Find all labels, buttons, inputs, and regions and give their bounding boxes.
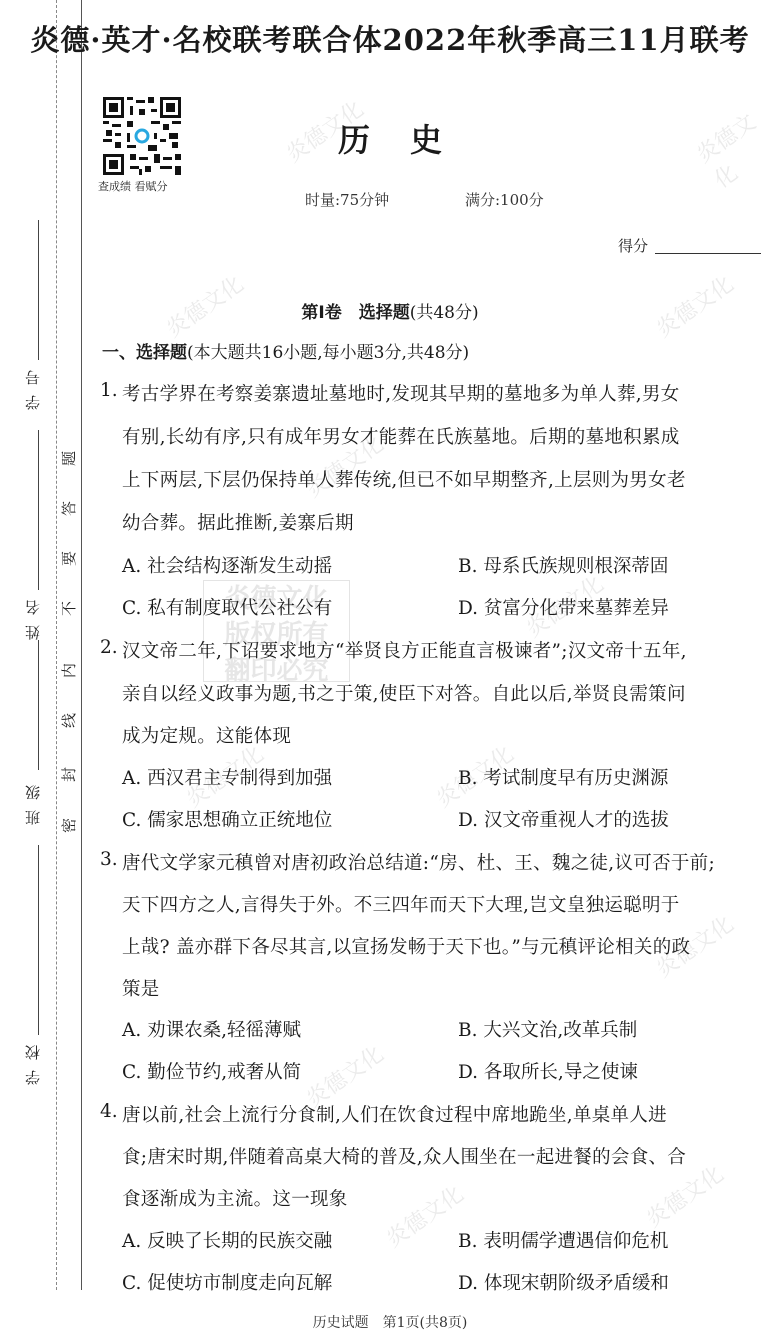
question-text-line: 唐以前,社会上流行分食制,人们在饮食过程中席地跪坐,单桌单人进 (122, 1101, 667, 1127)
option-c[interactable]: C. 促使坊市制度走向瓦解 (122, 1269, 332, 1295)
name-field-line[interactable] (38, 430, 39, 590)
option-b[interactable]: B. 考试制度早有历史渊源 (458, 764, 668, 790)
seal-char: 答 (58, 501, 79, 516)
question-text-line: 有别,长幼有序,只有成年男女才能葬在氏族墓地。后期的墓地积累成 (122, 423, 680, 449)
question-text-line: 策是 (122, 975, 160, 1001)
score-label: 得分 (618, 235, 648, 256)
question-text-line: 考古学界在考察姜寨遗址墓地时,发现其早期的墓地多为单人葬,男女 (122, 380, 680, 406)
question-text-line: 上下两层,下层仍保持单人葬传统,但已不如早期整齐,上层则为男女老 (122, 466, 686, 492)
option-c[interactable]: C. 私有制度取代公社公有 (122, 594, 332, 620)
exam-duration: 时量:75分钟 (305, 189, 389, 210)
question-number: 3. (100, 849, 118, 870)
question-text-line: 幼合葬。据此推断,姜寨后期 (122, 509, 354, 535)
seal-char: 内 (58, 663, 79, 678)
binding-dashed-line (56, 0, 57, 1290)
watermark: 炎德文化 (379, 1178, 469, 1254)
seal-char: 题 (58, 451, 79, 466)
question-text-line: 上哉? 盖亦群下各尽其言,以宣扬发畅于天下也。”与元稹评论相关的政 (122, 933, 690, 959)
qr-caption: 查成绩 看赋分 (98, 178, 188, 194)
question-text-line: 唐代文学家元稹曾对唐初政治总结道:“房、杜、王、魏之徒,议可否于前; (122, 849, 715, 875)
class-field-line[interactable] (38, 640, 39, 770)
exam-title: 炎德·英才·名校联考联合体2022年秋季高三11月联考 (0, 18, 780, 59)
option-a[interactable]: A. 西汉君主专制得到加强 (122, 764, 332, 790)
student-id-field-line[interactable] (38, 220, 39, 360)
section-title-rest: (共48分) (410, 303, 479, 323)
class-label: 班级 (22, 775, 43, 825)
option-a[interactable]: A. 社会结构逐渐发生动摇 (122, 552, 332, 578)
question-text-line: 成为定规。这能体现 (122, 722, 291, 748)
question-text-line: 食;唐宋时期,伴随着高桌大椅的普及,众人围坐在一起进餐的会食、合 (122, 1143, 686, 1169)
score-field[interactable] (655, 253, 761, 254)
option-d[interactable]: D. 汉文帝重视人才的选拔 (458, 806, 669, 832)
part-title-rest: (本大题共16小题,每小题3分,共48分) (187, 343, 469, 363)
question-text-line: 汉文帝二年,下诏要求地方“举贤良方正能直言极谏者”;汉文帝十五年, (122, 637, 687, 663)
seal-char: 不 (58, 601, 79, 616)
question-number: 4. (100, 1101, 118, 1122)
subject-title: 历史 (0, 115, 780, 161)
section-title-bold: 第Ⅰ卷 选择题 (301, 303, 409, 323)
question-number: 1. (100, 380, 118, 401)
option-c[interactable]: C. 勤俭节约,戒奢从简 (122, 1058, 301, 1084)
option-c[interactable]: C. 儒家思想确立正统地位 (122, 806, 332, 832)
option-d[interactable]: D. 体现宋朝阶级矛盾缓和 (458, 1269, 669, 1295)
option-b[interactable]: B. 大兴文治,改革兵制 (458, 1016, 637, 1042)
option-a[interactable]: A. 反映了长期的民族交融 (122, 1227, 332, 1253)
name-label: 姓名 (22, 590, 43, 640)
option-a[interactable]: A. 劝课农桑,轻徭薄赋 (122, 1016, 301, 1042)
seal-char: 线 (58, 713, 79, 728)
part-title: 一、选择题(本大题共16小题,每小题3分,共48分) (102, 338, 469, 363)
seal-char: 密 (58, 818, 79, 833)
binding-solid-line (81, 0, 82, 1290)
option-d[interactable]: D. 各取所长,导之使谏 (458, 1058, 638, 1084)
option-b[interactable]: B. 母系氏族规则根深蒂固 (458, 552, 668, 578)
section-title: 第Ⅰ卷 选择题(共48分) (0, 298, 780, 323)
school-field-line[interactable] (38, 845, 39, 1035)
option-b[interactable]: B. 表明儒学遭遇信仰危机 (458, 1227, 668, 1253)
option-d[interactable]: D. 贫富分化带来墓葬差异 (458, 594, 669, 620)
full-score: 满分:100分 (465, 189, 544, 210)
question-text-line: 食逐渐成为主流。这一现象 (122, 1185, 348, 1211)
seal-char: 封 (58, 767, 79, 782)
seal-char: 要 (58, 551, 79, 566)
question-text-line: 天下四方之人,言得失于外。不三四年而天下大理,岂文皇独运聪明于 (122, 891, 680, 917)
page-footer: 历史试题 第1页(共8页) (0, 1312, 780, 1332)
student-id-label: 学号 (22, 360, 43, 410)
question-text-line: 亲自以经义政事为题,书之于策,使臣下对答。自此以后,举贤良需策问 (122, 680, 686, 706)
question-number: 2. (100, 637, 118, 658)
school-label: 学校 (22, 1035, 43, 1085)
part-title-bold: 一、选择题 (102, 343, 187, 363)
